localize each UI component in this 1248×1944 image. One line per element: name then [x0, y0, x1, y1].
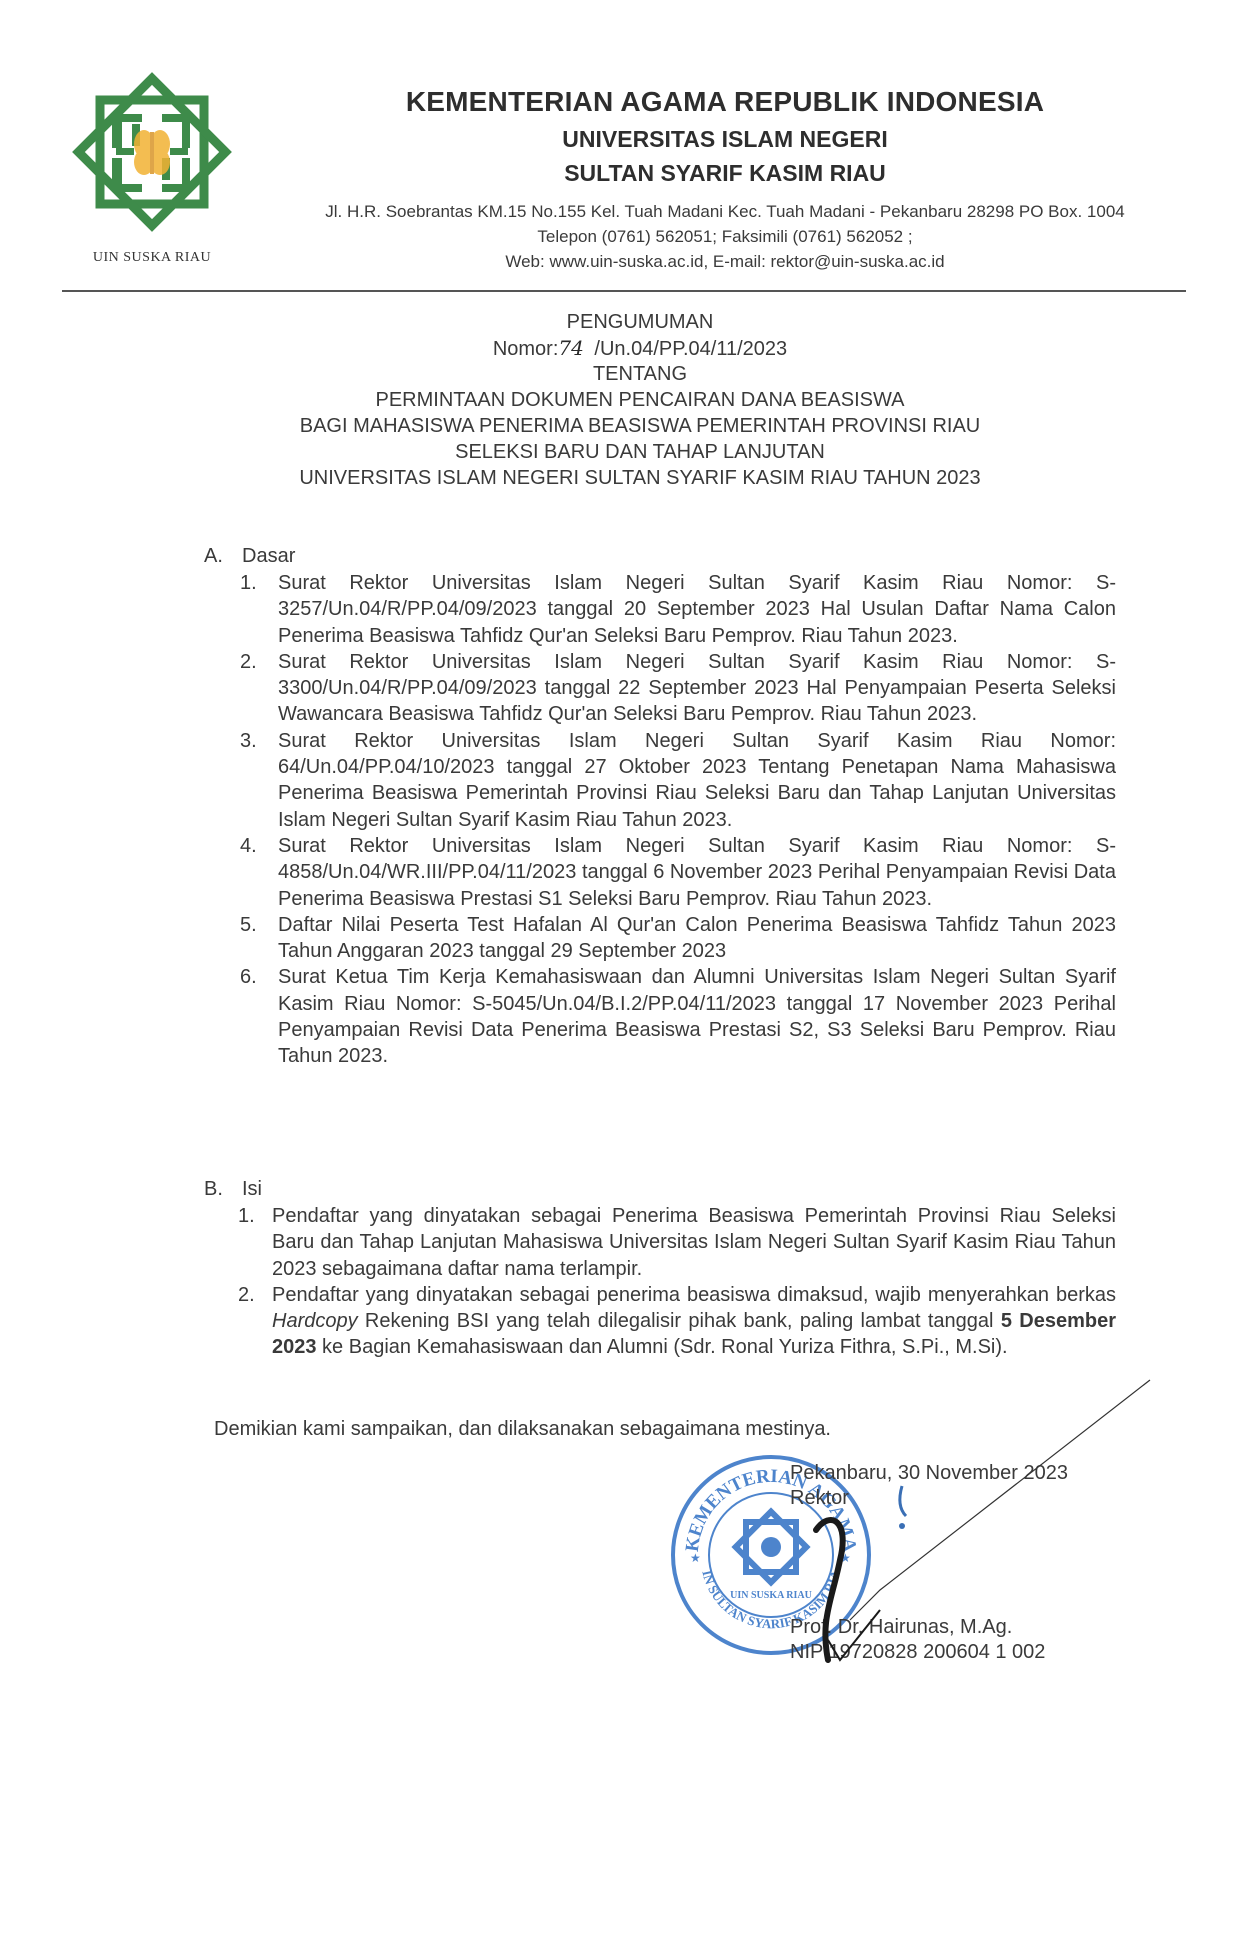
letterhead-divider: [62, 290, 1186, 292]
list-item: 4.Surat Rektor Universitas Islam Negeri …: [238, 833, 1116, 912]
signature-place-date: Pekanbaru, 30 November 2023: [790, 1462, 1068, 1485]
phone-fax: Telepon (0761) 562051; Faksimili (0761) …: [250, 227, 1200, 247]
university-name-line2: SULTAN SYARIF KASIM RIAU: [250, 160, 1200, 187]
signatory-name: Prof. Dr. Hairunas, M.Ag.: [790, 1616, 1012, 1639]
section-b-heading: B.Isi: [204, 1178, 262, 1201]
university-logo-icon: [62, 62, 242, 242]
svg-text:UIN SUSKA RIAU: UIN SUSKA RIAU: [730, 1590, 812, 1601]
web-email: Web: www.uin-suska.ac.id, E-mail: rektor…: [250, 252, 1200, 272]
number-suffix: /Un.04/PP.04/11/2023: [594, 338, 787, 360]
ministry-name: KEMENTERIAN AGAMA REPUBLIK INDONESIA: [250, 86, 1200, 118]
list-item: 2.Surat Rektor Universitas Islam Negeri …: [238, 649, 1116, 728]
list-item: 3.Surat Rektor Universitas Islam Negeri …: [238, 728, 1116, 833]
list-item: 1.Surat Rektor Universitas Islam Negeri …: [238, 570, 1116, 649]
list-item: 1.Pendaftar yang dinyatakan sebagai Pene…: [236, 1203, 1116, 1282]
subject-line: SELEKSI BARU DAN TAHAP LANJUTAN: [200, 439, 1080, 465]
university-name-line1: UNIVERSITAS ISLAM NEGERI: [250, 126, 1200, 153]
about-label: TENTANG: [200, 361, 1080, 387]
list-item: 2.Pendaftar yang dinyatakan sebagai pene…: [236, 1282, 1116, 1361]
content-list: 1.Pendaftar yang dinyatakan sebagai Pene…: [236, 1203, 1116, 1361]
document-type: PENGUMUMAN: [200, 309, 1080, 335]
basis-list: 1.Surat Rektor Universitas Islam Negeri …: [238, 570, 1116, 1070]
closing-statement: Demikian kami sampaikan, dan dilaksanaka…: [214, 1418, 831, 1441]
svg-text:★: ★: [840, 1551, 851, 1565]
list-item: 5.Daftar Nilai Peserta Test Hafalan Al Q…: [238, 912, 1116, 965]
svg-text:★: ★: [690, 1551, 701, 1565]
subject-line: UNIVERSITAS ISLAM NEGERI SULTAN SYARIF K…: [200, 465, 1080, 491]
subject-line: BAGI MAHASISWA PENERIMA BEASISWA PEMERIN…: [200, 413, 1080, 439]
signatory-position: Rektor: [790, 1487, 849, 1510]
number-label: Nomor:: [493, 338, 559, 360]
hardcopy-emphasis: Hardcopy: [272, 1310, 358, 1332]
subject-line: PERMINTAAN DOKUMEN PENCAIRAN DANA BEASIS…: [200, 387, 1080, 413]
document-number: Nomor:74/Un.04/PP.04/11/2023: [200, 335, 1080, 362]
address: Jl. H.R. Soebrantas KM.15 No.155 Kel. Tu…: [250, 202, 1200, 222]
section-a-heading: A.Dasar: [204, 545, 295, 568]
list-item: 6.Surat Ketua Tim Kerja Kemahasiswaan da…: [238, 964, 1116, 1069]
signatory-nip: NIP 19720828 200604 1 002: [790, 1641, 1045, 1664]
announcement-document: UIN SUSKA RIAU KEMENTERIAN AGAMA REPUBLI…: [0, 0, 1248, 1944]
logo-caption: UIN SUSKA RIAU: [62, 250, 242, 266]
number-handwritten: 74: [558, 335, 594, 361]
